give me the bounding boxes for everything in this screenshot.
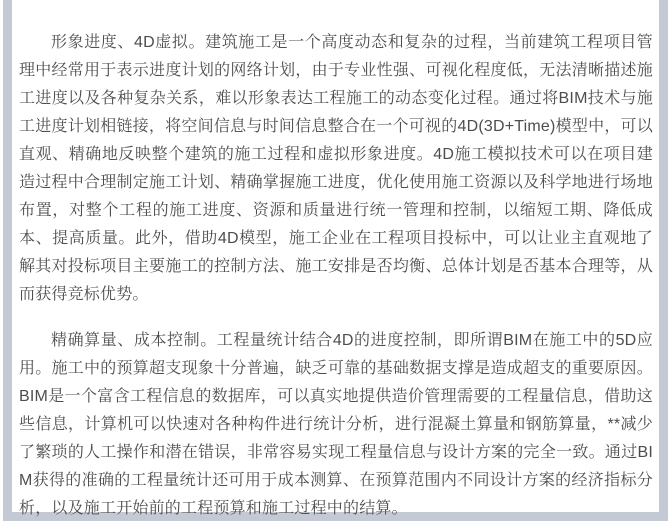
article-content: 形象进度、4D虚拟。建筑施工是一个高度动态和复杂的过程，当前建筑工程项目管理中经… — [12, 0, 659, 523]
article-frame: 形象进度、4D虚拟。建筑施工是一个高度动态和复杂的过程，当前建筑工程项目管理中经… — [3, 0, 668, 521]
paragraph-4d-simulation: 形象进度、4D虚拟。建筑施工是一个高度动态和复杂的过程，当前建筑工程项目管理中经… — [19, 29, 653, 309]
page: { "page": { "background_color": "#ffffff… — [0, 0, 672, 528]
paragraph-5d-cost-control: 精确算量、成本控制。工程量统计结合4D的进度控制，即所谓BIM在施工中的5D应用… — [19, 327, 653, 523]
